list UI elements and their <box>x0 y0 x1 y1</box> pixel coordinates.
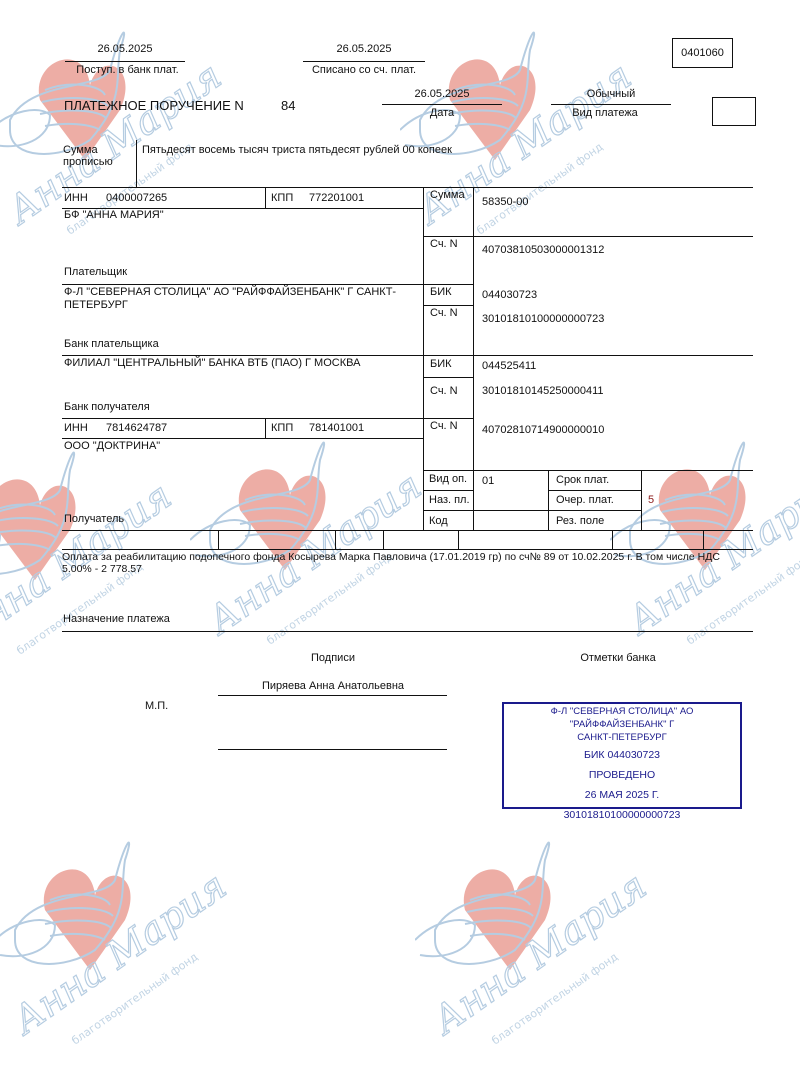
payer-bik-label: БИК <box>430 286 452 299</box>
form-code-box: 0401060 <box>672 38 733 68</box>
payee-bank-account-label: Сч. N <box>430 385 458 398</box>
seal-label: М.П. <box>145 700 168 713</box>
charity-logo-icon: Анна Мария благотворительный фонд <box>0 820 235 1060</box>
form-code: 0401060 <box>673 47 732 60</box>
priority-label: Очер. плат. <box>556 494 614 507</box>
reserve-label: Рез. поле <box>556 515 604 528</box>
stamp-account: 30101810100000000723 <box>504 809 740 822</box>
grid-line <box>62 549 753 550</box>
payer-inn: 0400007265 <box>106 192 167 205</box>
code-label: Код <box>429 515 448 528</box>
divider <box>382 104 502 105</box>
payee-name: ООО "ДОКТРИНА" <box>64 440 160 453</box>
payer-kpp: 772201001 <box>309 192 364 205</box>
grid-line <box>62 530 753 531</box>
grid-line <box>641 470 642 530</box>
grid-line <box>423 187 424 530</box>
amount-words-label-2: прописью <box>63 156 113 169</box>
op-type: 01 <box>482 475 494 488</box>
grid-line <box>265 187 266 208</box>
payee-bank-account: 30101810145250000411 <box>482 385 604 398</box>
charity-logo-icon: Анна Мария благотворительный фонд <box>400 10 640 250</box>
signature-line-2 <box>218 749 447 750</box>
grid-line <box>548 490 641 491</box>
payee-account-label: Сч. N <box>430 420 458 433</box>
charity-logo-icon: Анна Мария благотворительный фонд <box>610 420 800 660</box>
grid-line <box>423 305 473 306</box>
payer-name: БФ "АННА МАРИЯ" <box>64 209 164 222</box>
payee-inn-label: ИНН <box>64 422 88 435</box>
purpose-code-label: Наз. пл. <box>429 494 470 507</box>
payer-inn-label: ИНН <box>64 192 88 205</box>
svg-text:Анна Мария: Анна Мария <box>422 863 654 1044</box>
payment-type-label: Вид платежа <box>551 107 659 120</box>
op-type-label: Вид оп. <box>429 473 467 486</box>
grid-line <box>423 470 753 471</box>
payee-section-label: Получатель <box>64 513 124 526</box>
svg-text:Анна Мария: Анна Мария <box>2 863 234 1044</box>
svg-text:благотворительный фонд: благотворительный фонд <box>684 550 800 647</box>
svg-text:благотворительный фонд: благотворительный фонд <box>474 140 605 237</box>
payer-bank-account-label: Сч. N <box>430 307 458 320</box>
charity-logo-icon: Анна Мария благотворительный фонд <box>0 430 180 670</box>
received-label: Поступ. в банк плат. <box>65 64 190 77</box>
stamp-bank-line-1: Ф-Л "СЕВЕРНАЯ СТОЛИЦА" АО "РАЙФФАЙЗЕНБАН… <box>504 705 740 731</box>
empty-code-box <box>712 97 756 126</box>
received-date: 26.05.2025 <box>65 43 185 56</box>
payee-inn: 7814624787 <box>106 422 167 435</box>
debited-date: 26.05.2025 <box>303 43 425 56</box>
charity-watermark: Анна Мария благотворительный фонд <box>0 820 235 1063</box>
grid-line <box>335 530 336 549</box>
date-label: Дата <box>382 107 502 120</box>
payee-bik-label: БИК <box>430 358 452 371</box>
payer-section-label: Плательщик <box>64 266 127 279</box>
charity-watermark: Анна Мария благотворительный фонд <box>610 420 800 663</box>
bank-marks-label: Отметки банка <box>518 652 718 665</box>
document-title: ПЛАТЕЖНОЕ ПОРУЧЕНИЕ N <box>64 99 244 112</box>
amount-label: Сумма <box>430 189 465 202</box>
grid-line <box>423 377 473 378</box>
svg-text:благотворительный фонд: благотворительный фонд <box>69 950 200 1047</box>
grid-line <box>548 470 549 530</box>
grid-line <box>473 510 548 511</box>
payee-kpp-label: КПП <box>271 422 293 435</box>
purpose-text-1: Оплата за реабилитацию подопечного фонда… <box>62 551 720 564</box>
signature-line-1 <box>218 695 447 696</box>
payee-kpp: 781401001 <box>309 422 364 435</box>
stamp-status: ПРОВЕДЕНО <box>504 769 740 782</box>
purpose-label: Назначение платежа <box>63 613 170 626</box>
payer-account: 40703810503000001312 <box>482 244 604 257</box>
payer-bank-name-1: Ф-Л "СЕВЕРНАЯ СТОЛИЦА" АО "РАЙФФАЙЗЕНБАН… <box>64 286 396 299</box>
payer-bank-account: 30101810100000000723 <box>482 313 604 326</box>
grid-line <box>423 490 473 491</box>
divider <box>551 104 671 105</box>
divider <box>303 61 425 62</box>
svg-text:благотворительный фонд: благотворительный фонд <box>489 950 620 1047</box>
grid-line <box>62 355 753 356</box>
priority-value: 5 <box>648 494 654 507</box>
stamp-bik: БИК 044030723 <box>504 749 740 762</box>
due-label: Срок плат. <box>556 474 609 487</box>
grid-line <box>62 187 753 188</box>
grid-line <box>473 187 474 530</box>
document-number: 84 <box>281 99 295 112</box>
debited-label: Списано со сч. плат. <box>300 64 428 77</box>
grid-line <box>423 236 753 237</box>
bank-stamp: Ф-Л "СЕВЕРНАЯ СТОЛИЦА" АО "РАЙФФАЙЗЕНБАН… <box>502 702 742 809</box>
charity-watermark: Анна Мария благотворительный фонд <box>400 10 640 253</box>
charity-logo-icon: Анна Мария благотворительный фонд <box>190 420 430 660</box>
divider <box>65 61 185 62</box>
grid-line <box>62 631 753 632</box>
payee-bank-name: ФИЛИАЛ "ЦЕНТРАЛЬНЫЙ" БАНКА ВТБ (ПАО) Г М… <box>64 357 360 370</box>
purpose-text-2: 5.00% - 2 778.57 <box>62 563 142 576</box>
payer-kpp-label: КПП <box>271 192 293 205</box>
grid-line <box>62 284 473 285</box>
stamp-bank-line-2: САНКТ-ПЕТЕРБУРГ <box>504 731 740 744</box>
signatures-label: Подписи <box>218 652 448 665</box>
document-date: 26.05.2025 <box>382 88 502 101</box>
charity-watermark: Анна Мария благотворительный фонд <box>415 820 655 1063</box>
grid-line <box>265 418 266 438</box>
payee-bik: 044525411 <box>482 360 536 373</box>
grid-line <box>62 438 423 439</box>
divider <box>136 140 137 188</box>
grid-line <box>423 510 473 511</box>
payer-bik: 044030723 <box>482 289 537 302</box>
amount-value: 58350-00 <box>482 196 529 209</box>
grid-line <box>62 418 473 419</box>
amount-words-value: Пятьдесят восемь тысяч триста пятьдесят … <box>142 144 452 157</box>
payee-account: 40702810714900000010 <box>482 424 604 437</box>
grid-line <box>458 530 459 549</box>
grid-line <box>703 530 704 549</box>
payee-bank-section-label: Банк получателя <box>64 401 150 414</box>
grid-line <box>383 530 384 549</box>
payer-account-label: Сч. N <box>430 238 458 251</box>
grid-line <box>612 530 613 549</box>
charity-watermark: Анна Мария благотворительный фонд <box>190 420 430 663</box>
grid-line <box>218 530 219 549</box>
stamp-date: 26 МАЯ 2025 Г. <box>504 789 740 802</box>
signer-name: Пиряева Анна Анатольевна <box>218 680 448 693</box>
svg-text:благотворительный фонд: благотворительный фонд <box>264 550 395 647</box>
payment-type: Обычный <box>551 88 671 101</box>
grid-line <box>548 510 641 511</box>
payer-bank-name-2: ПЕТЕРБУРГ <box>64 299 128 312</box>
charity-logo-icon: Анна Мария благотворительный фонд <box>415 820 655 1060</box>
payer-bank-section-label: Банк плательщика <box>64 338 159 351</box>
